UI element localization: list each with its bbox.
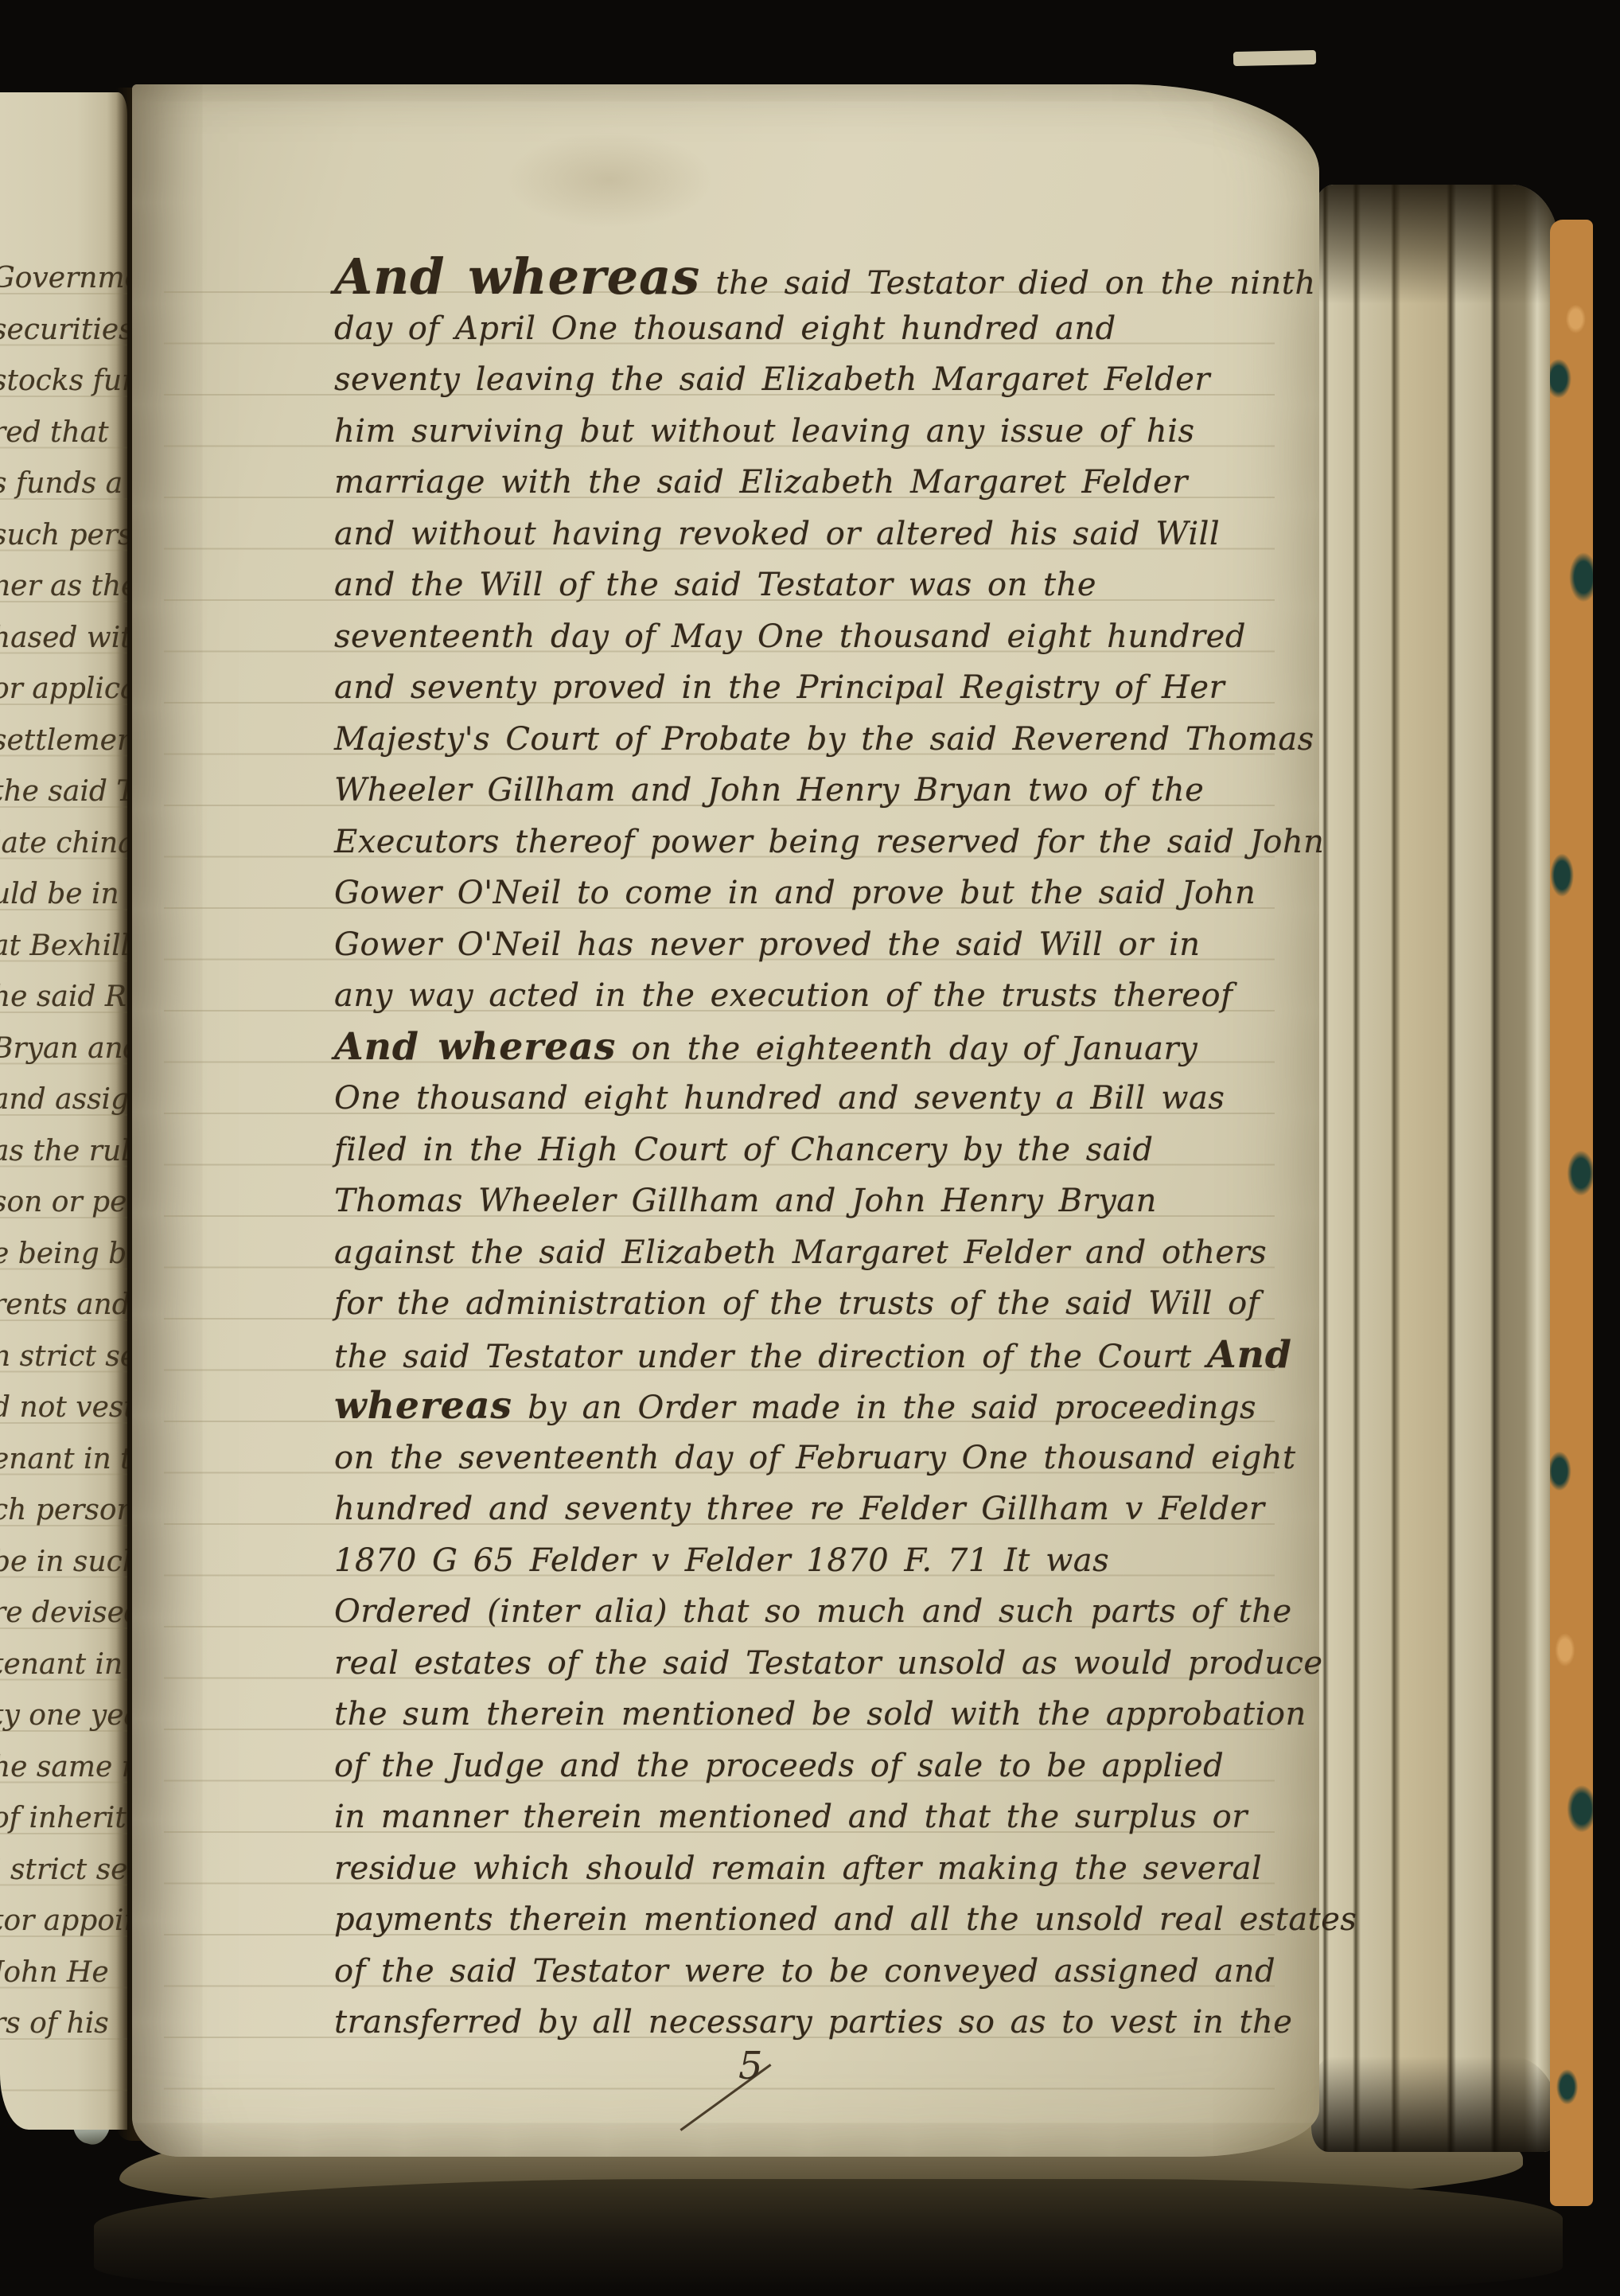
fore-edge-page-stack (1311, 185, 1560, 2152)
left-page-fragment: rents and pro (0, 1280, 127, 1331)
left-page-fragment: at Bexhill (0, 921, 127, 973)
manuscript-line: in manner therein mentioned and that the… (334, 1791, 1273, 1843)
left-page-fragment: or applicab (0, 664, 127, 715)
manuscript-line: for the administration of the trusts of … (334, 1278, 1273, 1330)
manuscript-line: Majesty's Court of Probate by the said R… (334, 714, 1273, 766)
left-page-fragment: Bryan and (0, 1023, 127, 1075)
manuscript-line: of the Judge and the proceeds of sale to… (334, 1741, 1273, 1792)
left-page-fragment: re devised in (0, 1588, 127, 1639)
left-page-fragment: ner as the (0, 561, 127, 613)
manuscript-line: of the said Testator were to be conveyed… (334, 1946, 1273, 1998)
manuscript-line: Ordered (inter alia) that so much and su… (334, 1586, 1273, 1638)
protruding-page-tab (1233, 50, 1316, 66)
left-page-fragment: be in such a (0, 1537, 127, 1588)
left-page-fragment: hased witho (0, 613, 127, 665)
left-page-fragment: tor appointe (0, 1896, 127, 1947)
left-page-fragment: tenant in tail (0, 1639, 127, 1691)
manuscript-line: real estates of the said Testator unsold… (334, 1638, 1273, 1690)
left-page-fragment: d not vest (0, 1382, 127, 1434)
manuscript-line: Executors thereof power being reserved f… (334, 817, 1273, 868)
marbled-cover-edge (1550, 220, 1593, 2206)
left-page-fragment: of inherita (0, 1793, 127, 1845)
manuscript-line: him surviving but without leaving any is… (334, 406, 1273, 458)
page-number: 5 (738, 2044, 763, 2088)
manuscript-line: marriage with the said Elizabeth Margare… (334, 457, 1273, 509)
manuscript-line: hundred and seventy three re Felder Gill… (334, 1483, 1273, 1535)
left-page-fragment: enant in ta (0, 1434, 127, 1486)
manuscript-line: Gower O'Neil has never proved the said W… (334, 919, 1273, 971)
left-page-fragments: Governmentsecuritiesstocks funred thats … (0, 253, 127, 2050)
left-page-fragment: red that (0, 407, 127, 459)
left-page: Governmentsecuritiesstocks funred thats … (0, 92, 127, 2130)
left-page-fragment: son or person (0, 1177, 127, 1229)
manuscript-line: Thomas Wheeler Gillham and John Henry Br… (334, 1175, 1273, 1227)
left-page-fragment: i strict settle (0, 1845, 127, 1896)
manuscript-line: And whereas the said Testator died on th… (334, 251, 1273, 303)
manuscript-line: any way acted in the execution of the tr… (334, 970, 1273, 1022)
manuscript-line: 1870 G 65 Felder v Felder 1870 F. 71 It … (334, 1535, 1273, 1587)
left-page-fragment: rs of his (0, 1998, 127, 2050)
left-page-fragment: as the rul (0, 1126, 127, 1178)
manuscript-lines: And whereas the said Testator died on th… (334, 251, 1273, 2048)
bottom-shadow (94, 2179, 1563, 2290)
manuscript-line: seventy leaving the said Elizabeth Marga… (334, 354, 1273, 406)
manuscript-line: seventeenth day of May One thousand eigh… (334, 611, 1273, 663)
manuscript-line: transferred by all necessary parties so … (334, 1997, 1273, 2048)
left-page-fragment: e being be (0, 1229, 127, 1281)
manuscript-line: the said Testator under the direction of… (334, 1330, 1273, 1382)
manuscript-line: whereas by an Order made in the said pro… (334, 1381, 1273, 1433)
manuscript-line: residue which should remain after making… (334, 1843, 1273, 1895)
manuscript-line: and without having revoked or altered hi… (334, 509, 1273, 560)
manuscript-line: Wheeler Gillham and John Henry Bryan two… (334, 765, 1273, 817)
manuscript-line: payments therein mentioned and all the u… (334, 1894, 1273, 1946)
left-page-fragment: such person (0, 510, 127, 562)
manuscript-line: And whereas on the eighteenth day of Jan… (334, 1022, 1273, 1074)
manuscript-line: One thousand eight hundred and seventy a… (334, 1073, 1273, 1125)
left-page-fragment: he said Rever (0, 972, 127, 1023)
left-page-fragment: and assigns (0, 1074, 127, 1126)
left-page-fragment: the said Testa (0, 766, 127, 818)
left-page-fragment: n strict settl (0, 1331, 127, 1383)
left-page-fragment: securities (0, 305, 127, 357)
left-page-fragment: late china gl (0, 818, 127, 870)
left-page-fragment: he same man (0, 1742, 127, 1794)
manuscript-line: the sum therein mentioned be sold with t… (334, 1689, 1273, 1741)
left-page-fragment: s funds a (0, 458, 127, 510)
left-page-fragment: uld be in o (0, 869, 127, 921)
left-page-fragment: settlement (0, 715, 127, 767)
left-page-fragment: ty one years (0, 1690, 127, 1742)
manuscript-line: day of April One thousand eight hundred … (334, 303, 1273, 355)
manuscript-line: on the seventeenth day of February One t… (334, 1433, 1273, 1484)
manuscript-line: against the said Elizabeth Margaret Feld… (334, 1227, 1273, 1279)
left-page-fragment: Government (0, 253, 127, 305)
left-page-fragment: John He (0, 1947, 127, 1999)
manuscript-line: filed in the High Court of Chancery by t… (334, 1125, 1273, 1176)
paper-stain (506, 132, 713, 228)
manuscript-line: and seventy proved in the Principal Regi… (334, 662, 1273, 714)
manuscript-line: Gower O'Neil to come in and prove but th… (334, 867, 1273, 919)
main-page: And whereas the said Testator died on th… (132, 84, 1319, 2157)
left-page-fragment: stocks fun (0, 356, 127, 407)
book-photograph: Governmentsecuritiesstocks funred thats … (0, 0, 1620, 2296)
manuscript-line: and the Will of the said Testator was on… (334, 559, 1273, 611)
left-page-fragment: ch person sh (0, 1485, 127, 1537)
